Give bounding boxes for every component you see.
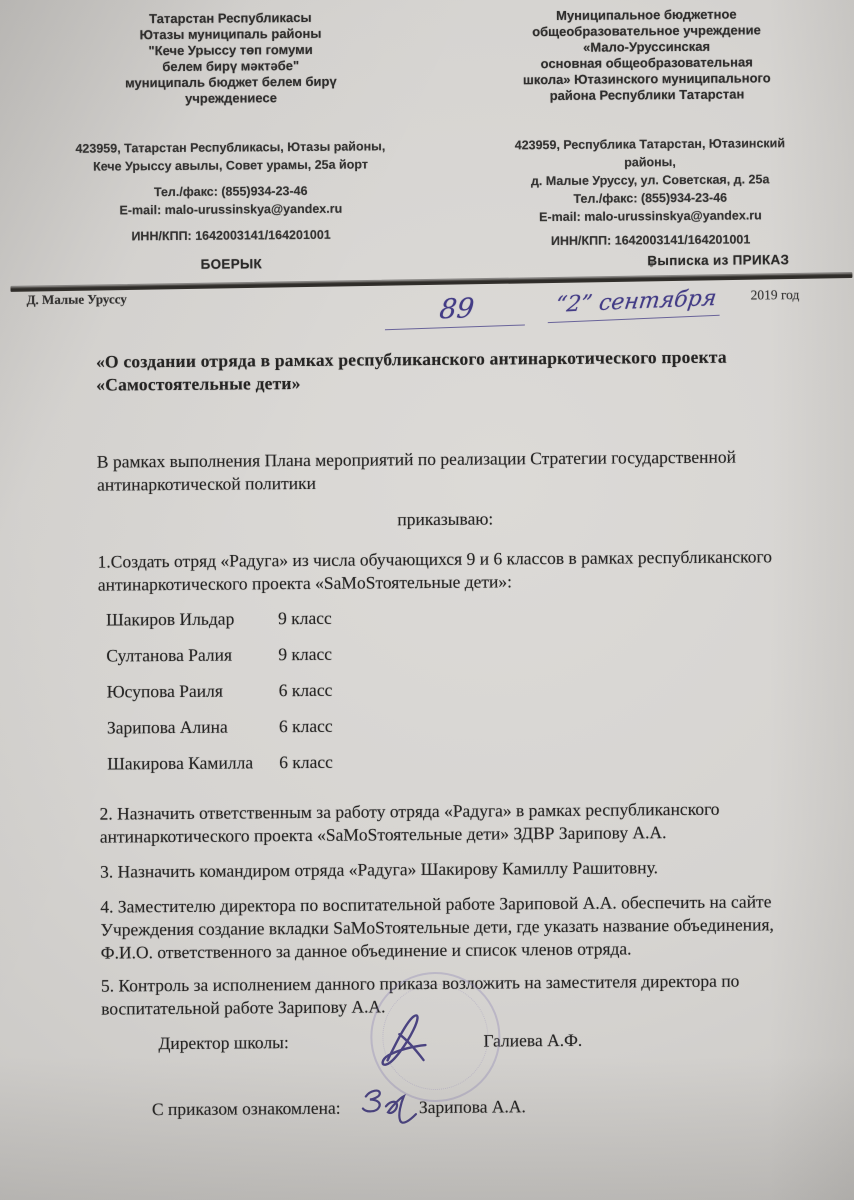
ack-label: С приказом ознакомлена:	[152, 1097, 341, 1121]
school-stamp-inner-ring	[382, 984, 489, 1091]
order-item-1: 1.Создать отряд «Радуга» из числа обучаю…	[98, 545, 794, 596]
org-name-tatar-line: учреждениесе	[55, 89, 407, 108]
member-row: Зарипова Алина 6 класс	[107, 711, 795, 752]
school-stamp-icon	[370, 971, 501, 1102]
member-grade: 9 класс	[278, 643, 332, 666]
header-separator-line	[10, 272, 852, 292]
member-grade: 6 класс	[279, 679, 333, 702]
member-row: Султанова Ралия 9 класс	[106, 639, 794, 680]
order-word: приказываю:	[97, 505, 793, 533]
doc-type-russian: Выписка из ПРИКАЗ	[543, 251, 854, 269]
member-row: Шакирова Камилла 6 класс	[107, 747, 795, 788]
place-line: Д. Малые Уруссу	[27, 291, 127, 308]
order-item-3: 3. Назначить командиром отряда «Радуга» …	[100, 855, 796, 883]
member-name: Шакирова Камилла	[107, 751, 279, 775]
inn-line: ИНН/КПП: 1642003141/164201001	[48, 225, 414, 246]
member-grade: 9 класс	[278, 607, 332, 630]
member-name: Юсупова Раиля	[107, 679, 279, 703]
address-line: Кече Урыссу авылы, Совет урамы, 25а йорт	[47, 155, 413, 176]
address-block-tatar: 423959, Татарстан Республикасы, Ютазы ра…	[47, 137, 414, 246]
member-grade: 6 класс	[279, 715, 333, 738]
doc-type-tatar: БОЕРЫК	[48, 255, 414, 273]
order-item-4: 4. Заместителю директора по воспитательн…	[100, 890, 797, 964]
member-list: Шакиров Ильдар 9 класс Султанова Ралия 9…	[106, 603, 795, 788]
member-row: Шакиров Ильдар 9 класс	[106, 603, 794, 644]
order-number-handwritten: 89	[386, 291, 527, 330]
org-name-russian-line: района Республики Татарстан	[447, 86, 847, 105]
year-label: 2019 год	[750, 287, 799, 303]
order-intro: В рамках выполнения Плана мероприятий по…	[97, 445, 793, 496]
member-name: Зарипова Алина	[107, 715, 279, 739]
document-photo: Татарстан Республикасы Ютазы муниципаль …	[0, 0, 854, 1200]
order-item-2: 2. Назначить ответственным за работу отр…	[100, 797, 796, 848]
order-title: «О создании отряда в рамках республиканс…	[96, 345, 792, 396]
director-label: Директор школы:	[158, 1031, 289, 1055]
document-page: Татарстан Республикасы Ютазы муниципаль …	[0, 0, 854, 1200]
org-name-russian: Муниципальное бюджетное общеобразователь…	[446, 6, 847, 105]
member-name: Султанова Ралия	[106, 643, 278, 667]
org-name-tatar: Татарстан Республикасы Ютазы муниципаль …	[54, 9, 407, 108]
address-block-russian: 423959, Республика Татарстан, Ютазинский…	[452, 134, 848, 251]
inn-line: ИНН/КПП: 1642003141/164201001	[453, 230, 848, 251]
order-date-handwritten: “2” сентября	[549, 286, 722, 323]
member-grade: 6 класс	[279, 751, 333, 774]
member-name: Шакиров Ильдар	[106, 607, 278, 631]
member-row: Юсупова Раиля 6 класс	[107, 675, 795, 716]
